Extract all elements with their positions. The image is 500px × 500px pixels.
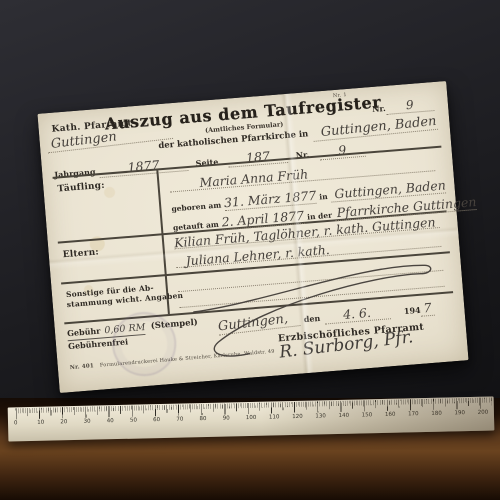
taeufling-row-label: Täufling: — [57, 181, 105, 195]
ruler-number: 0 — [14, 420, 37, 427]
ruler-number: 180 — [431, 410, 454, 417]
ruler-number: 190 — [454, 410, 477, 417]
born-label: geboren am — [171, 200, 221, 213]
ruler-number: 150 — [362, 412, 385, 419]
ruler-number: 170 — [408, 411, 431, 418]
ruler-number: 30 — [84, 418, 107, 425]
ruler-number: 160 — [385, 411, 408, 418]
baptized-in-label: in der — [307, 211, 333, 222]
ruler-number: 110 — [269, 414, 292, 421]
year-final-digit-handwritten: 7 — [420, 300, 435, 317]
eltern-row-label: Eltern: — [62, 247, 99, 260]
ruler-number: 60 — [153, 417, 176, 424]
ruler-number: 120 — [292, 414, 315, 421]
date-handwritten: 4. 6. — [323, 303, 390, 324]
ruler-number: 20 — [60, 419, 83, 426]
ruler-number: 130 — [315, 413, 338, 420]
baptism-certificate-document: Nr. 1 Auszug aus dem Taufregister (Amtli… — [37, 81, 468, 393]
ruler-number: 10 — [37, 419, 60, 426]
register-number-label: Nr. — [372, 103, 386, 114]
den-label: den — [303, 313, 320, 324]
ruler-number: 140 — [339, 412, 362, 419]
ruler-number: 50 — [130, 417, 153, 424]
born-in-label: in — [319, 192, 328, 202]
register-table: Täufling: Maria Anna Früh geboren am 31.… — [53, 146, 454, 325]
ruler-number: 70 — [176, 416, 199, 423]
baptized-label: getauft am — [173, 220, 219, 233]
ruler-number: 100 — [246, 415, 269, 422]
year-printed-prefix: 194 — [404, 305, 421, 316]
ruler-number: 90 — [223, 415, 246, 422]
ruler-number: 200 — [478, 409, 500, 416]
photo-backdrop: Nr. 1 Auszug aus dem Taufregister (Amtli… — [0, 0, 500, 500]
printer-form-number: Nr. 401 — [70, 363, 95, 371]
ruler-number: 80 — [199, 416, 222, 423]
ruler-number: 40 — [107, 418, 130, 425]
fee-label: Gebühr — [67, 326, 101, 339]
taeufling-name-handwritten: Maria Anna Früh — [199, 166, 309, 190]
